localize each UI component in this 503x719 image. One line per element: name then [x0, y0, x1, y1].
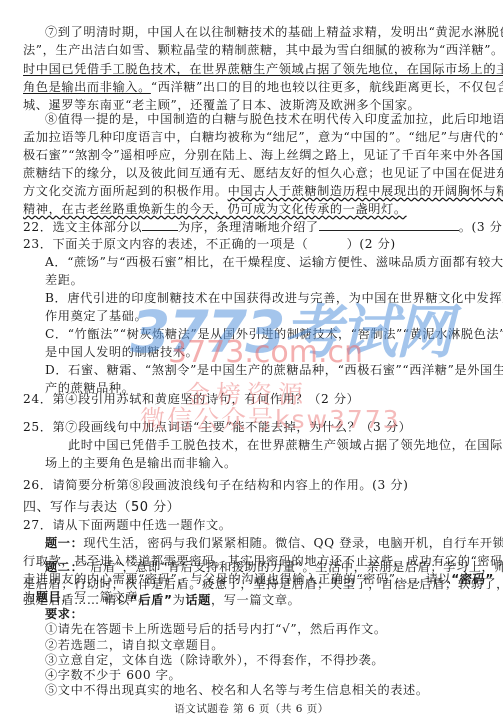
- requirement-4: ④字数不少于 600 字。: [45, 668, 485, 683]
- page-footer: 语文试题卷 第 6 页（共 6 页）: [0, 701, 503, 716]
- exam-page-reqs: ④字数不少于 600 字。 ⑤文中不得出现真实的地名、校名和人名等与考生信息相关…: [0, 0, 503, 719]
- requirement-5: ⑤文中不得出现真实的地名、校名和人名等与考生信息相关的表述。: [45, 683, 485, 698]
